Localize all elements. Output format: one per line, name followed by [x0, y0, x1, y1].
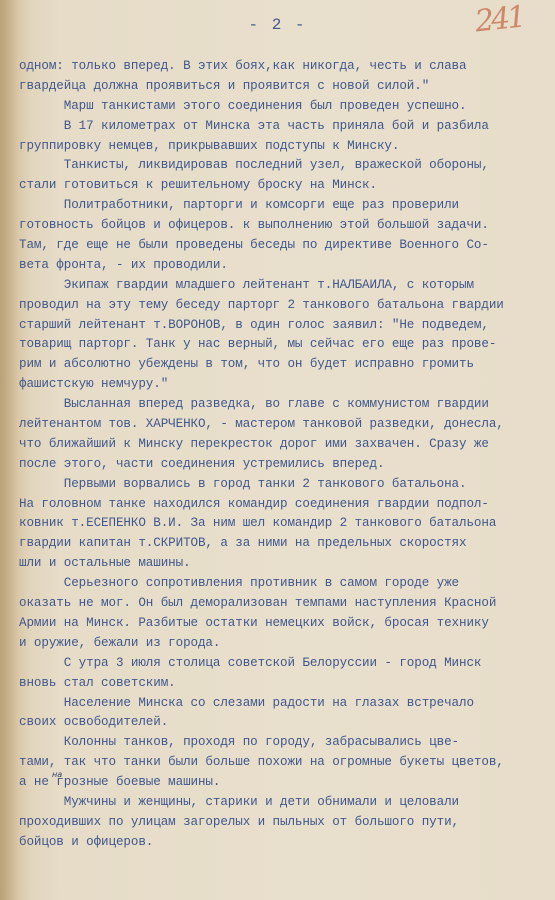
text-line: одном: только вперед. В этих боях,как ни… [19, 57, 549, 77]
text-line: ковник т.ЕСЕПЕНКО В.И. За ним шел команд… [19, 514, 549, 534]
text-line: а не грозные боевые машины. [19, 773, 549, 793]
text-line: На головном танке находился командир сое… [19, 495, 549, 515]
text-line: Политработники, парторги и комсорги еще … [19, 196, 549, 216]
text-line: рим и абсолютно убеждены в том, что он б… [19, 355, 549, 375]
text-line: проходивших по улицам загорелых и пыльны… [19, 813, 549, 833]
text-line: бойцов и офицеров. [19, 833, 549, 853]
handwritten-insert: на [52, 770, 62, 779]
text-line: после этого, части соединения устремилис… [19, 455, 549, 475]
text-line: старший лейтенант т.ВОРОНОВ, в один голо… [19, 316, 549, 336]
text-line: Танкисты, ликвидировав последний узел, в… [19, 156, 549, 176]
text-line: гвардейца должна проявиться и проявится … [19, 77, 549, 97]
text-line: тами, так что танки были больше похожи н… [19, 753, 549, 773]
text-line: Серьезного сопротивления противник в сам… [19, 574, 549, 594]
text-line: Колонны танков, проходя по городу, забра… [19, 733, 549, 753]
text-line: вета фронта, - их проводили. [19, 256, 549, 276]
text-line: С утра 3 июля столица советской Белорусс… [19, 654, 549, 674]
page-edge-shadow [0, 0, 18, 900]
text-line: Там, где еще не были проведены беседы по… [19, 236, 549, 256]
text-line: оказать не мог. Он был деморализован тем… [19, 594, 549, 614]
page-number: - 2 - [0, 16, 555, 34]
text-line: проводил на эту тему беседу парторг 2 та… [19, 296, 549, 316]
text-line: вновь стал советским. [19, 674, 549, 694]
text-line: Армии на Минск. Разбитые остатки немецки… [19, 614, 549, 634]
text-line: Население Минска со слезами радости на г… [19, 694, 549, 714]
text-line: что ближайший к Минску перекресток дорог… [19, 435, 549, 455]
text-line: Высланная вперед разведка, во главе с ко… [19, 395, 549, 415]
text-line: фашистскую немчуру." [19, 375, 549, 395]
text-line: Марш танкистами этого соединения был про… [19, 97, 549, 117]
text-line: группировку немцев, прикрывавших подступ… [19, 137, 549, 157]
text-line: товарищ парторг. Танк у нас верный, мы с… [19, 335, 549, 355]
document-page: - 2 - 241 одном: только вперед. В этих б… [0, 0, 555, 900]
text-line: лейтенантом тов. ХАРЧЕНКО, - мастером та… [19, 415, 549, 435]
text-line: своих освободителей. [19, 713, 549, 733]
text-line: Мужчины и женщины, старики и дети обнима… [19, 793, 549, 813]
typewritten-body: одном: только вперед. В этих боях,как ни… [19, 57, 549, 853]
text-line: стали готовиться к решительному броску н… [19, 176, 549, 196]
text-line: готовность бойцов и офицеров. к выполнен… [19, 216, 549, 236]
text-line: гвардии капитан т.СКРИТОВ, а за ними на … [19, 534, 549, 554]
text-line: В 17 километрах от Минска эта часть прин… [19, 117, 549, 137]
text-line: Первыми ворвались в город танки 2 танков… [19, 475, 549, 495]
text-line: Экипаж гвардии младшего лейтенант т.НАЛБ… [19, 276, 549, 296]
text-line: и оружие, бежали из города. [19, 634, 549, 654]
handwritten-archive-number: 241 [473, 0, 525, 39]
text-line: шли и остальные машины. [19, 554, 549, 574]
